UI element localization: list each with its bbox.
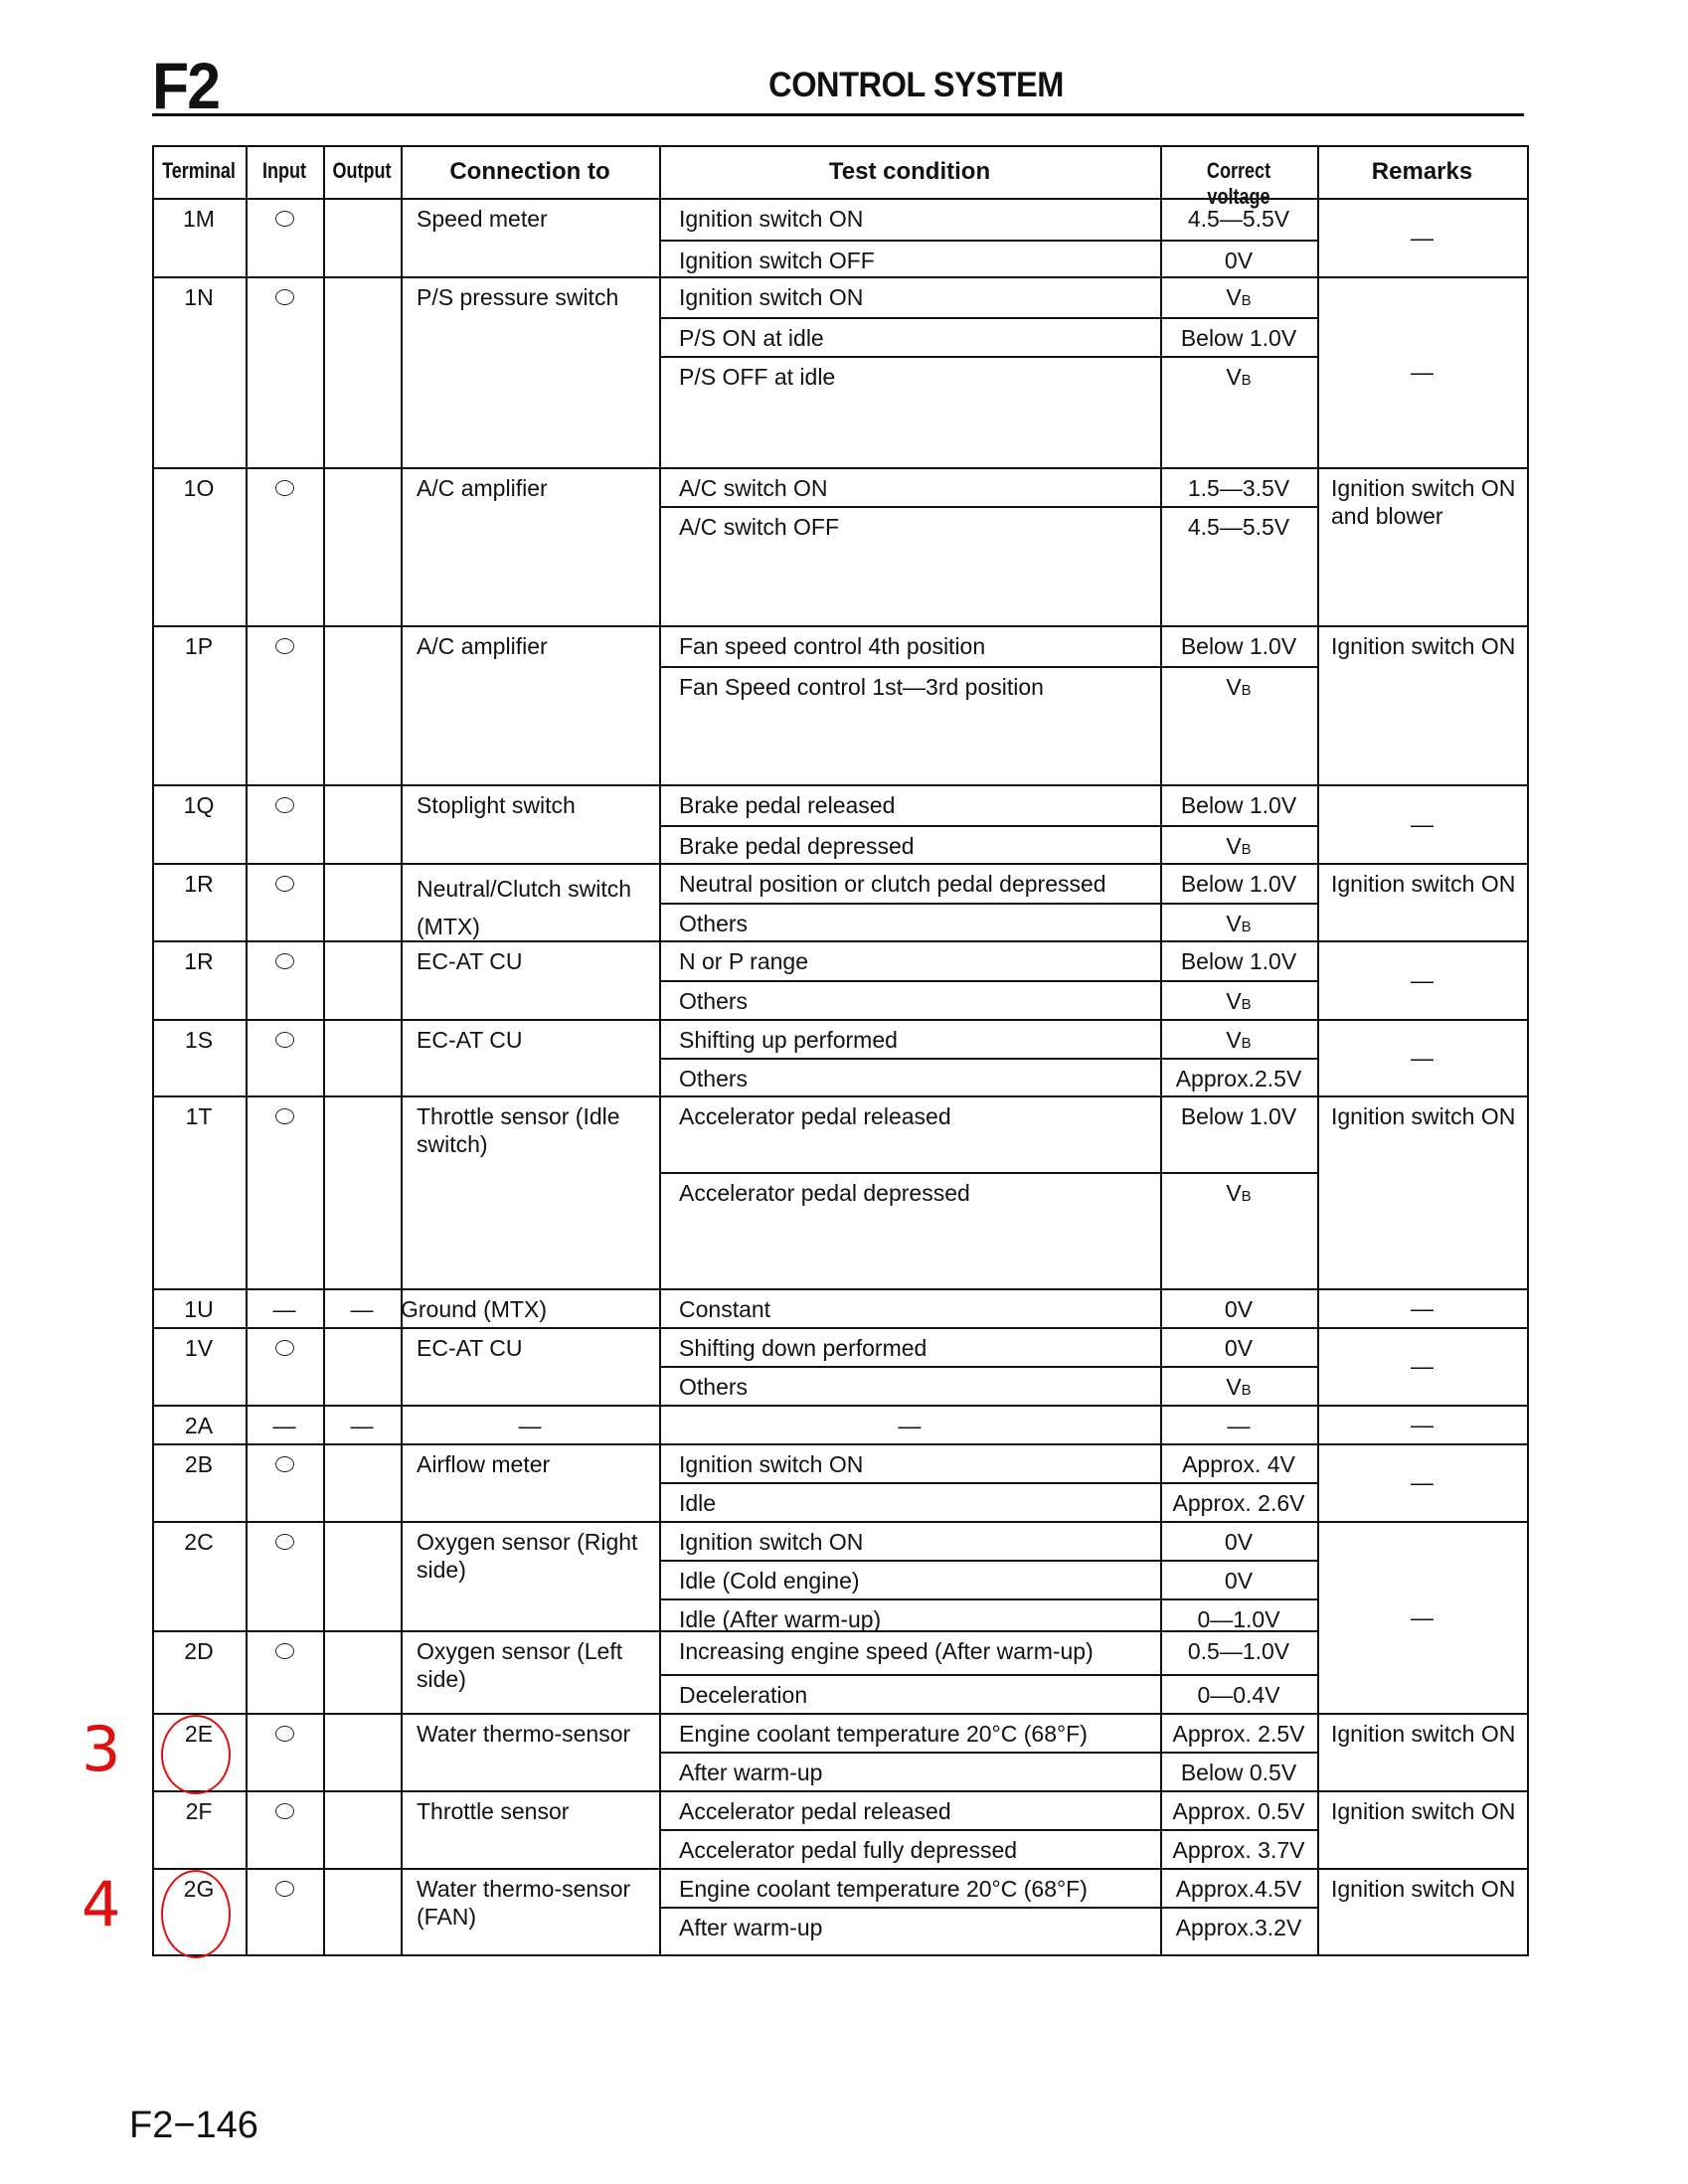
sub-row-divider — [659, 317, 1317, 319]
test-condition: After warm-up — [679, 1759, 1156, 1786]
input-mark — [246, 1797, 323, 1825]
connection-to: Throttle sensor (Idle switch) — [417, 1102, 655, 1158]
input-mark — [246, 1026, 323, 1054]
correct-voltage: 4.5—5.5V — [1160, 513, 1317, 541]
input-mark — [246, 1720, 323, 1748]
correct-voltage: 0.5—1.0V — [1160, 1637, 1317, 1665]
title-rule — [152, 113, 1524, 116]
column-header-connection-to: Connection to — [401, 158, 659, 186]
test-condition: A/C switch ON — [679, 474, 1156, 502]
column-header-remarks: Remarks — [1317, 158, 1527, 186]
input-circle-icon — [275, 638, 294, 654]
sub-row-divider — [659, 1907, 1317, 1909]
input-circle-icon — [275, 797, 294, 813]
correct-voltage: VB — [1160, 1026, 1317, 1058]
sub-row-divider — [659, 1560, 1317, 1562]
input-mark — [246, 632, 323, 660]
connection-to: Neutral/Clutch switch (MTX) — [417, 870, 655, 945]
column-line — [659, 145, 661, 1956]
correct-voltage: Approx. 0.5V — [1160, 1797, 1317, 1825]
annotation-circle-icon — [161, 1715, 231, 1794]
test-condition: Constant — [679, 1295, 1156, 1323]
terminal-id: 1M — [152, 205, 246, 233]
row-divider — [152, 1630, 659, 1632]
remarks: — — [1317, 1411, 1527, 1438]
row-divider — [152, 1327, 1527, 1329]
row-divider — [152, 1713, 1527, 1715]
input-circle-icon — [275, 1032, 294, 1048]
correct-voltage: Below 1.0V — [1160, 791, 1317, 819]
column-line — [401, 145, 403, 1956]
sub-row-divider — [659, 1674, 1317, 1676]
connection-to: EC-AT CU — [417, 1334, 655, 1362]
remarks: — — [1317, 810, 1527, 838]
correct-voltage: VB — [1160, 1179, 1317, 1211]
column-line — [1527, 145, 1529, 1956]
remarks: Ignition switch ON and blower — [1331, 474, 1521, 530]
terminal-id: 1Q — [152, 791, 246, 819]
sub-row-divider — [659, 980, 1317, 982]
header-divider — [152, 198, 1527, 200]
test-condition: Others — [679, 1065, 1156, 1092]
correct-voltage: 0V — [1160, 1295, 1317, 1323]
test-condition: Idle (Cold engine) — [679, 1567, 1156, 1595]
sub-row-divider — [659, 825, 1317, 827]
connection-to: Oxygen sensor (Left side) — [417, 1637, 655, 1693]
test-condition: Others — [679, 987, 1156, 1015]
row-divider — [152, 1868, 1527, 1870]
correct-voltage: Below 1.0V — [1160, 1102, 1317, 1130]
connection-to: A/C amplifier — [417, 474, 655, 502]
sub-row-divider — [659, 1752, 1317, 1754]
input-mark — [246, 1334, 323, 1362]
terminal-id: 2A — [152, 1412, 246, 1439]
row-divider — [152, 625, 1527, 627]
remarks: — — [1317, 1603, 1527, 1631]
remarks: Ignition switch ON — [1331, 870, 1521, 898]
column-header-input: Input — [253, 158, 316, 184]
test-condition: Ignition switch OFF — [679, 247, 1156, 274]
terminal-id: 2D — [152, 1637, 246, 1665]
test-condition: Idle (After warm-up) — [679, 1605, 1156, 1633]
test-condition: Neutral position or clutch pedal depress… — [679, 870, 1156, 898]
input-circle-icon — [275, 1881, 294, 1897]
correct-voltage: VB — [1160, 1373, 1317, 1405]
sub-row-divider — [659, 1829, 1317, 1831]
input-mark — [246, 283, 323, 311]
sub-row-divider — [659, 240, 1317, 242]
annotation-number-4: 4 — [82, 1874, 120, 1935]
terminal-id: 1R — [152, 870, 246, 898]
correct-voltage: Approx.4.5V — [1160, 1875, 1317, 1903]
test-condition: P/S ON at idle — [679, 324, 1156, 352]
input-circle-icon — [275, 1643, 294, 1659]
terminal-id: 1V — [152, 1334, 246, 1362]
input-mark — [246, 1450, 323, 1478]
connection-to: Throttle sensor — [417, 1797, 655, 1825]
input-mark — [246, 1875, 323, 1903]
correct-voltage: Approx. 4V — [1160, 1450, 1317, 1478]
sub-row-divider — [659, 1366, 1317, 1368]
test-condition: Brake pedal depressed — [679, 832, 1156, 860]
test-condition: Ignition switch ON — [679, 205, 1156, 233]
test-condition: Shifting up performed — [679, 1026, 1156, 1054]
test-condition: Brake pedal released — [679, 791, 1156, 819]
sub-row-divider — [659, 506, 1317, 508]
remarks: Ignition switch ON — [1331, 1875, 1521, 1903]
remarks: — — [1317, 1352, 1527, 1380]
input-circle-icon — [275, 1803, 294, 1819]
column-header-output: Output — [330, 158, 394, 184]
correct-voltage: VB — [1160, 363, 1317, 395]
sub-row-divider — [659, 666, 1317, 668]
row-divider — [152, 863, 1527, 865]
input-circle-icon — [275, 1108, 294, 1124]
sub-row-divider — [659, 1058, 1317, 1060]
input-mark — [246, 870, 323, 898]
input-circle-icon — [275, 1534, 294, 1550]
column-header-correct-voltage: Correct voltage — [1174, 158, 1303, 210]
input-mark — [246, 1528, 323, 1556]
correct-voltage: Approx. 2.5V — [1160, 1720, 1317, 1748]
connection-to: Water thermo-sensor — [417, 1720, 655, 1748]
input-mark — [246, 1637, 323, 1665]
annotation-number-3: 3 — [82, 1719, 120, 1780]
terminal-id: 1U — [152, 1295, 246, 1323]
correct-voltage: 0V — [1160, 1567, 1317, 1595]
correct-voltage: Approx. 2.6V — [1160, 1489, 1317, 1517]
correct-voltage: Below 1.0V — [1160, 870, 1317, 898]
connection-to: EC-AT CU — [417, 1026, 655, 1054]
terminal-id: 1P — [152, 632, 246, 660]
test-condition: Increasing engine speed (After warm-up) — [679, 1637, 1156, 1665]
connection-to: Ground (MTX) — [401, 1295, 659, 1323]
column-header-terminal: Terminal — [160, 158, 237, 184]
correct-voltage: Below 1.0V — [1160, 632, 1317, 660]
input-mark — [246, 205, 323, 233]
row-divider — [152, 1405, 1527, 1407]
correct-voltage: 0—0.4V — [1160, 1681, 1317, 1709]
test-condition: Others — [679, 910, 1156, 937]
test-condition: Fan Speed control 1st—3rd position — [679, 673, 1156, 701]
row-divider — [152, 1521, 1527, 1523]
input-mark — [246, 474, 323, 502]
connection-to: Water thermo-sensor (FAN) — [417, 1875, 655, 1931]
correct-voltage: 0—1.0V — [1160, 1605, 1317, 1633]
input-circle-icon — [275, 1340, 294, 1356]
correct-voltage: VB — [1160, 987, 1317, 1019]
sub-row-divider — [659, 1598, 1317, 1600]
sub-row-divider — [659, 1482, 1317, 1484]
test-condition: Accelerator pedal released — [679, 1102, 1156, 1130]
remarks: Ignition switch ON — [1331, 1720, 1521, 1748]
connection-to: Oxygen sensor (Right side) — [417, 1528, 655, 1584]
test-condition: Idle — [679, 1489, 1156, 1517]
terminal-id: 1S — [152, 1026, 246, 1054]
remarks: Ignition switch ON — [1331, 1797, 1521, 1825]
connection-to: Stoplight switch — [417, 791, 655, 819]
connection-to: Airflow meter — [417, 1450, 655, 1478]
row-divider — [152, 784, 1527, 786]
correct-voltage: 0V — [1160, 1334, 1317, 1362]
remarks: — — [1317, 358, 1527, 386]
test-condition: N or P range — [679, 947, 1156, 975]
sub-row-divider — [659, 1172, 1317, 1174]
input-mark: — — [246, 1412, 323, 1439]
test-condition: Ignition switch ON — [679, 283, 1156, 311]
input-mark — [246, 1102, 323, 1130]
correct-voltage: 4.5—5.5V — [1160, 205, 1317, 233]
terminal-id: 2C — [152, 1528, 246, 1556]
test-condition: Accelerator pedal released — [679, 1797, 1156, 1825]
page-number: F2−146 — [129, 2104, 258, 2147]
remarks: — — [1317, 1294, 1527, 1322]
correct-voltage: Below 1.0V — [1160, 947, 1317, 975]
remarks: — — [1317, 1044, 1527, 1072]
remarks: — — [1317, 224, 1527, 252]
test-condition: Engine coolant temperature 20°C (68°F) — [679, 1720, 1156, 1748]
correct-voltage: — — [1160, 1412, 1317, 1439]
terminal-id: 1R — [152, 947, 246, 975]
row-divider — [152, 276, 1527, 278]
output-mark: — — [323, 1295, 401, 1323]
test-condition: Deceleration — [679, 1681, 1156, 1709]
test-condition: Accelerator pedal depressed — [679, 1179, 1156, 1207]
terminal-id: 2F — [152, 1797, 246, 1825]
output-mark: — — [323, 1412, 401, 1439]
terminal-id: 1T — [152, 1102, 246, 1130]
remarks: Ignition switch ON — [1331, 632, 1521, 660]
page-title-text: CONTROL SYSTEM — [768, 66, 1064, 105]
test-condition: Ignition switch ON — [679, 1528, 1156, 1556]
correct-voltage: Approx. 3.7V — [1160, 1836, 1317, 1864]
input-mark — [246, 947, 323, 975]
table-border-bottom — [152, 1954, 1527, 1956]
test-condition: Others — [679, 1373, 1156, 1401]
remarks: — — [1317, 966, 1527, 994]
correct-voltage: 0V — [1160, 1528, 1317, 1556]
page-title: CONTROL SYSTEM — [0, 66, 1688, 105]
column-header-test-condition: Test condition — [659, 158, 1160, 186]
input-circle-icon — [275, 953, 294, 969]
test-condition: P/S OFF at idle — [679, 363, 1156, 391]
test-condition: After warm-up — [679, 1914, 1156, 1941]
input-circle-icon — [275, 289, 294, 305]
correct-voltage: VB — [1160, 910, 1317, 941]
input-mark — [246, 791, 323, 819]
remarks: Ignition switch ON — [1331, 1102, 1521, 1130]
correct-voltage: Below 0.5V — [1160, 1759, 1317, 1786]
test-condition: — — [659, 1412, 1160, 1439]
terminal-id: 1O — [152, 474, 246, 502]
correct-voltage: 1.5—3.5V — [1160, 474, 1317, 502]
input-circle-icon — [275, 876, 294, 892]
connection-to: P/S pressure switch — [417, 283, 655, 311]
test-condition: Engine coolant temperature 20°C (68°F) — [679, 1875, 1156, 1903]
test-condition: A/C switch OFF — [679, 513, 1156, 541]
connection-to: — — [401, 1412, 659, 1439]
remarks: — — [1317, 1468, 1527, 1496]
terminal-voltage-table: TerminalInputOutputConnection toTest con… — [152, 145, 1527, 1955]
row-divider — [152, 1443, 1527, 1445]
correct-voltage: Approx.3.2V — [1160, 1914, 1317, 1941]
terminal-id: 1N — [152, 283, 246, 311]
correct-voltage: VB — [1160, 673, 1317, 705]
connection-to: A/C amplifier — [417, 632, 655, 660]
terminal-id: 2B — [152, 1450, 246, 1478]
correct-voltage: Below 1.0V — [1160, 324, 1317, 352]
sub-row-divider — [659, 356, 1317, 358]
correct-voltage: Approx.2.5V — [1160, 1065, 1317, 1092]
table-border-top — [152, 145, 1527, 147]
sub-row-divider — [659, 903, 1317, 905]
test-condition: Fan speed control 4th position — [679, 632, 1156, 660]
input-circle-icon — [275, 211, 294, 227]
row-divider — [152, 940, 1527, 942]
row-divider — [152, 1095, 1527, 1097]
input-circle-icon — [275, 1726, 294, 1742]
input-circle-icon — [275, 1456, 294, 1472]
row-divider — [152, 1288, 1527, 1290]
column-line — [323, 145, 325, 1956]
test-condition: Accelerator pedal fully depressed — [679, 1836, 1156, 1864]
test-condition: Ignition switch ON — [679, 1450, 1156, 1478]
correct-voltage: VB — [1160, 283, 1317, 315]
connection-to: Speed meter — [417, 205, 655, 233]
test-condition: Shifting down performed — [679, 1334, 1156, 1362]
row-divider — [152, 1790, 1527, 1792]
row-divider — [152, 467, 1527, 469]
correct-voltage: VB — [1160, 832, 1317, 864]
correct-voltage: 0V — [1160, 247, 1317, 274]
connection-to: EC-AT CU — [417, 947, 655, 975]
input-circle-icon — [275, 480, 294, 496]
row-divider — [152, 1019, 1527, 1021]
input-mark: — — [246, 1295, 323, 1323]
annotation-circle-icon — [161, 1870, 231, 1958]
